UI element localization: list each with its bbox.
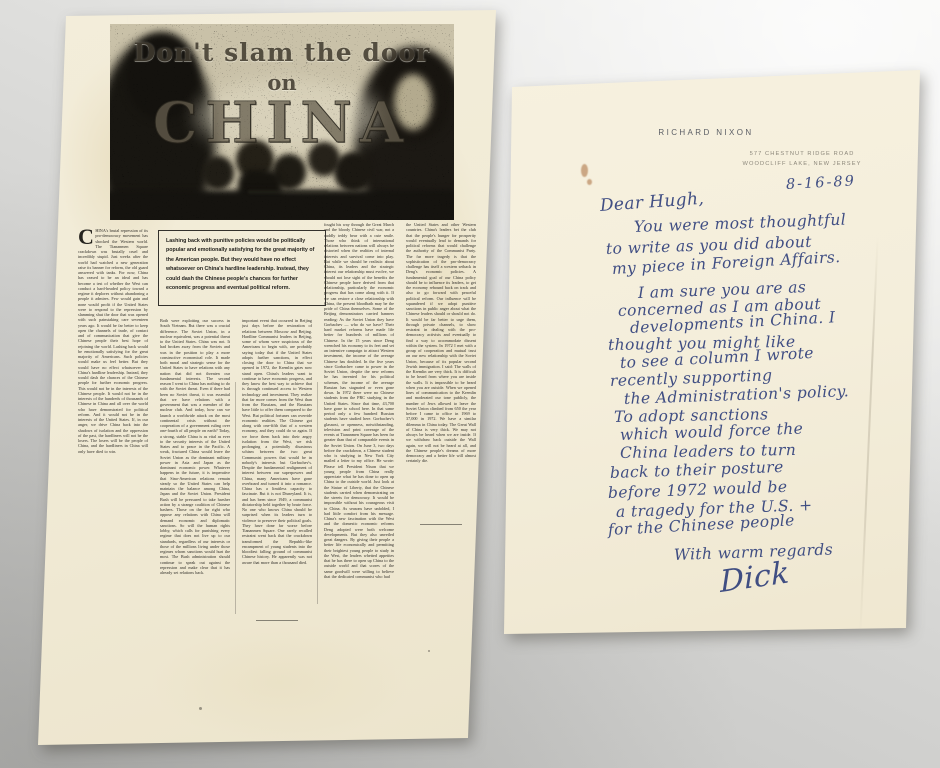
paper-speck (428, 650, 430, 652)
headline-line1: Don't slam the door (110, 38, 454, 67)
pull-quote-box: Lashing back with punitive policies woul… (158, 230, 326, 306)
letter-date: 8-16-89 (786, 174, 857, 192)
paper-blotch (150, 622, 410, 742)
halftone-photo: Don't slam the door on CHINA (110, 24, 454, 220)
letter-sheet: RICHARD NIXON 577 CHESTNUT RIDGE ROAD WO… (496, 58, 926, 644)
end-rule (256, 620, 298, 621)
letter-paper: RICHARD NIXON 577 CHESTNUT RIDGE ROAD WO… (496, 58, 926, 644)
drop-cap: C (78, 228, 95, 246)
article-column: Both were exploiting our success in Sout… (160, 318, 230, 640)
end-rule (420, 524, 462, 525)
column-rule (235, 382, 236, 614)
headline-line3: CHINA (110, 90, 454, 156)
article-column: fought his way through the Great March a… (324, 222, 394, 620)
letter-line: Dear Hugh, (599, 191, 704, 215)
article-sheet: Don't slam the door on CHINA Lashing bac… (30, 2, 500, 754)
article-column: important event that occurred in Beijing… (242, 318, 312, 612)
signature: Dick (719, 558, 790, 598)
letter-line: which would force the (620, 422, 804, 444)
article-column: the United States and other Western coun… (406, 222, 476, 512)
letterhead-address-line2: WOODCLIFF LAKE, NEW JERSEY (736, 161, 868, 167)
letter-line: You were most thoughtful (634, 213, 847, 236)
fold-crease (859, 236, 878, 634)
foxing-stain (587, 179, 592, 185)
article-column-text: HINA's brutal repression of its pro-demo… (78, 228, 148, 454)
paper-speck (199, 707, 202, 710)
letterhead-address-line1: 577 CHESTNUT RIDGE ROAD (736, 151, 868, 157)
photograph-of-documents: Don't slam the door on CHINA Lashing bac… (0, 0, 940, 768)
article-column: CHINA's brutal repression of its pro-dem… (78, 228, 148, 494)
article-paper: Don't slam the door on CHINA Lashing bac… (30, 2, 500, 754)
foxing-stain (581, 164, 588, 177)
letterhead-name: RICHARD NIXON (646, 128, 766, 137)
column-rule (317, 382, 318, 604)
photo-caption-smudge (248, 190, 328, 194)
